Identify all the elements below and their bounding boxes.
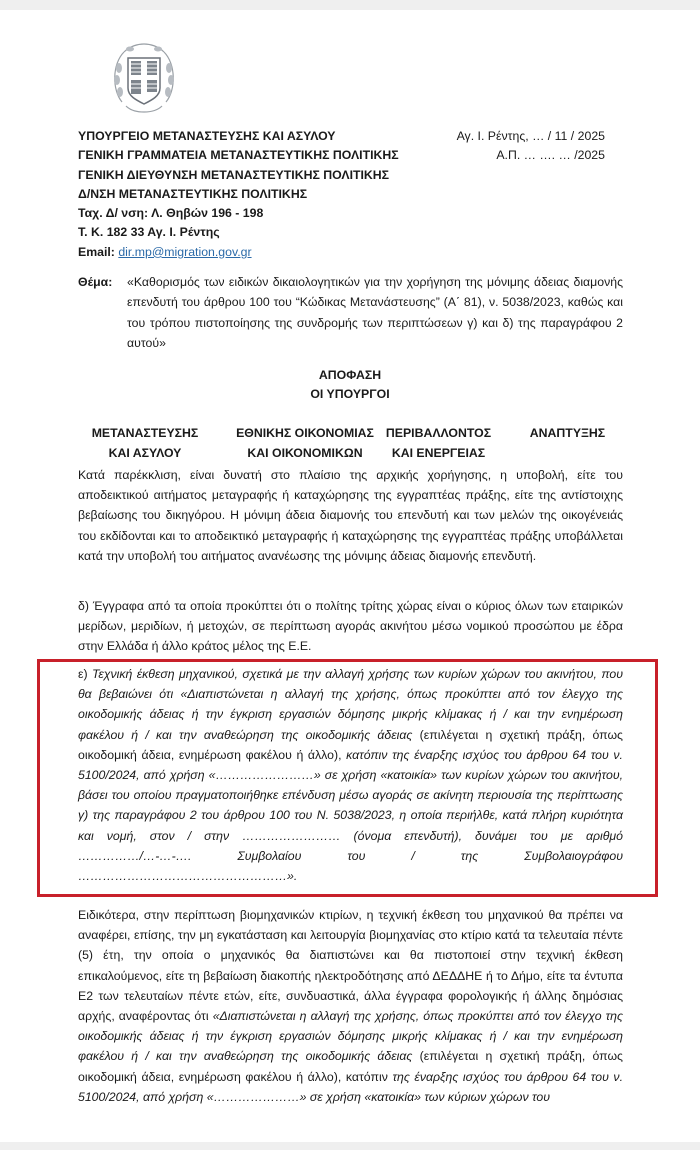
paragraph-e: ε) Τεχνική έκθεση μηχανικού, σχετικά με … <box>78 664 623 886</box>
minister-line: ΠΕΡΙΒΑΛΛΟΝΤΟΣ <box>381 423 496 443</box>
date-protocol-block: Αγ. Ι. Ρέντης, … / 11 / 2025 Α.Π. … …. …… <box>457 127 605 166</box>
general-directorate: ΓΕΝΙΚΗ ΔΙΕΥΘΥΝΣΗ ΜΕΤΑΝΑΣΤΕΥΤΙΚΗΣ ΠΟΛΙΤΙΚ… <box>78 166 399 185</box>
subject-label: Θέμα: <box>78 272 112 292</box>
ministers-title: ΟΙ ΥΠΟΥΡΓΟΙ <box>0 385 700 404</box>
minister-line: ΕΘΝΙΚΗΣ ΟΙΚΟΝΟΜΙΑΣ <box>230 423 380 443</box>
general-secretariat: ΓΕΝΙΚΗ ΓΡΑΜΜΑΤΕΙΑ ΜΕΤΑΝΑΣΤΕΥΤΙΚΗΣ ΠΟΛΙΤΙ… <box>78 146 399 165</box>
minister-line: ΚΑΙ ΟΙΚΟΝΟΜΙΚΩΝ <box>230 443 380 463</box>
sender-block: ΥΠΟΥΡΓΕΙΟ ΜΕΤΑΝΑΣΤΕΥΣΗΣ ΚΑΙ ΑΣΥΛΟΥ ΓΕΝΙΚ… <box>78 127 399 262</box>
decision-heading: ΑΠΟΦΑΣΗ ΟΙ ΥΠΟΥΡΓΟΙ <box>0 366 700 404</box>
paragraph-e-text-3: κατόπιν της έναρξης ισχύος του άρθρου 64… <box>78 748 623 883</box>
postal-code: Τ. Κ. 182 33 Αγ. Ι. Ρέντης <box>78 223 399 242</box>
directorate: Δ/ΝΣΗ ΜΕΤΑΝΑΣΤΕΥΤΙΚΗΣ ΠΟΛΙΤΙΚΗΣ <box>78 185 399 204</box>
greek-coat-of-arms-icon <box>108 40 180 118</box>
minister-economy: ΕΘΝΙΚΗΣ ΟΙΚΟΝΟΜΙΑΣ ΚΑΙ ΟΙΚΟΝΟΜΙΚΩΝ <box>230 423 380 463</box>
paragraph-e-label: ε) <box>78 667 88 681</box>
subject-block: Θέμα: «Καθορισμός των ειδικών δικαιολογη… <box>78 272 623 353</box>
bottom-margin <box>0 1142 700 1150</box>
email-label: Email: <box>78 245 115 259</box>
decision-title: ΑΠΟΦΑΣΗ <box>0 366 700 385</box>
paragraph-industrial: Ειδικότερα, στην περίπτωση βιομηχανικών … <box>78 905 623 1107</box>
document-page: ΥΠΟΥΡΓΕΙΟ ΜΕΤΑΝΑΣΤΕΥΣΗΣ ΚΑΙ ΑΣΥΛΟΥ ΓΕΝΙΚ… <box>0 10 700 1142</box>
minister-line: ΜΕΤΑΝΑΣΤΕΥΣΗΣ <box>90 423 200 443</box>
minister-line: ΚΑΙ ΑΣΥΛΟΥ <box>90 443 200 463</box>
industrial-text-1: Ειδικότερα, στην περίπτωση βιομηχανικών … <box>78 908 623 1023</box>
paragraph-d: δ) Έγγραφα από τα οποία προκύπτει ότι ο … <box>78 596 623 657</box>
protocol-number: Α.Π. … …. … /2025 <box>457 146 605 165</box>
minister-migration: ΜΕΤΑΝΑΣΤΕΥΣΗΣ ΚΑΙ ΑΣΥΛΟΥ <box>90 423 200 463</box>
minister-line: ΚΑΙ ΕΝΕΡΓΕΙΑΣ <box>381 443 496 463</box>
place-date: Αγ. Ι. Ρέντης, … / 11 / 2025 <box>457 127 605 146</box>
minister-environment: ΠΕΡΙΒΑΛΛΟΝΤΟΣ ΚΑΙ ΕΝΕΡΓΕΙΑΣ <box>381 423 496 463</box>
paragraph-exception: Κατά παρέκκλιση, είναι δυνατή στο πλαίσι… <box>78 465 623 566</box>
email-link[interactable]: dir.mp@migration.gov.gr <box>118 245 251 259</box>
minister-development: ΑΝΑΠΤΥΞΗΣ <box>520 423 615 443</box>
subject-text: «Καθορισμός των ειδικών δικαιολογητικών … <box>127 272 623 353</box>
ministry-name: ΥΠΟΥΡΓΕΙΟ ΜΕΤΑΝΑΣΤΕΥΣΗΣ ΚΑΙ ΑΣΥΛΟΥ <box>78 127 399 146</box>
email-line: Email: dir.mp@migration.gov.gr <box>78 243 399 262</box>
postal-address: Ταχ. Δ/ νση: Λ. Θηβών 196 - 198 <box>78 204 399 223</box>
minister-line: ΑΝΑΠΤΥΞΗΣ <box>520 423 615 443</box>
